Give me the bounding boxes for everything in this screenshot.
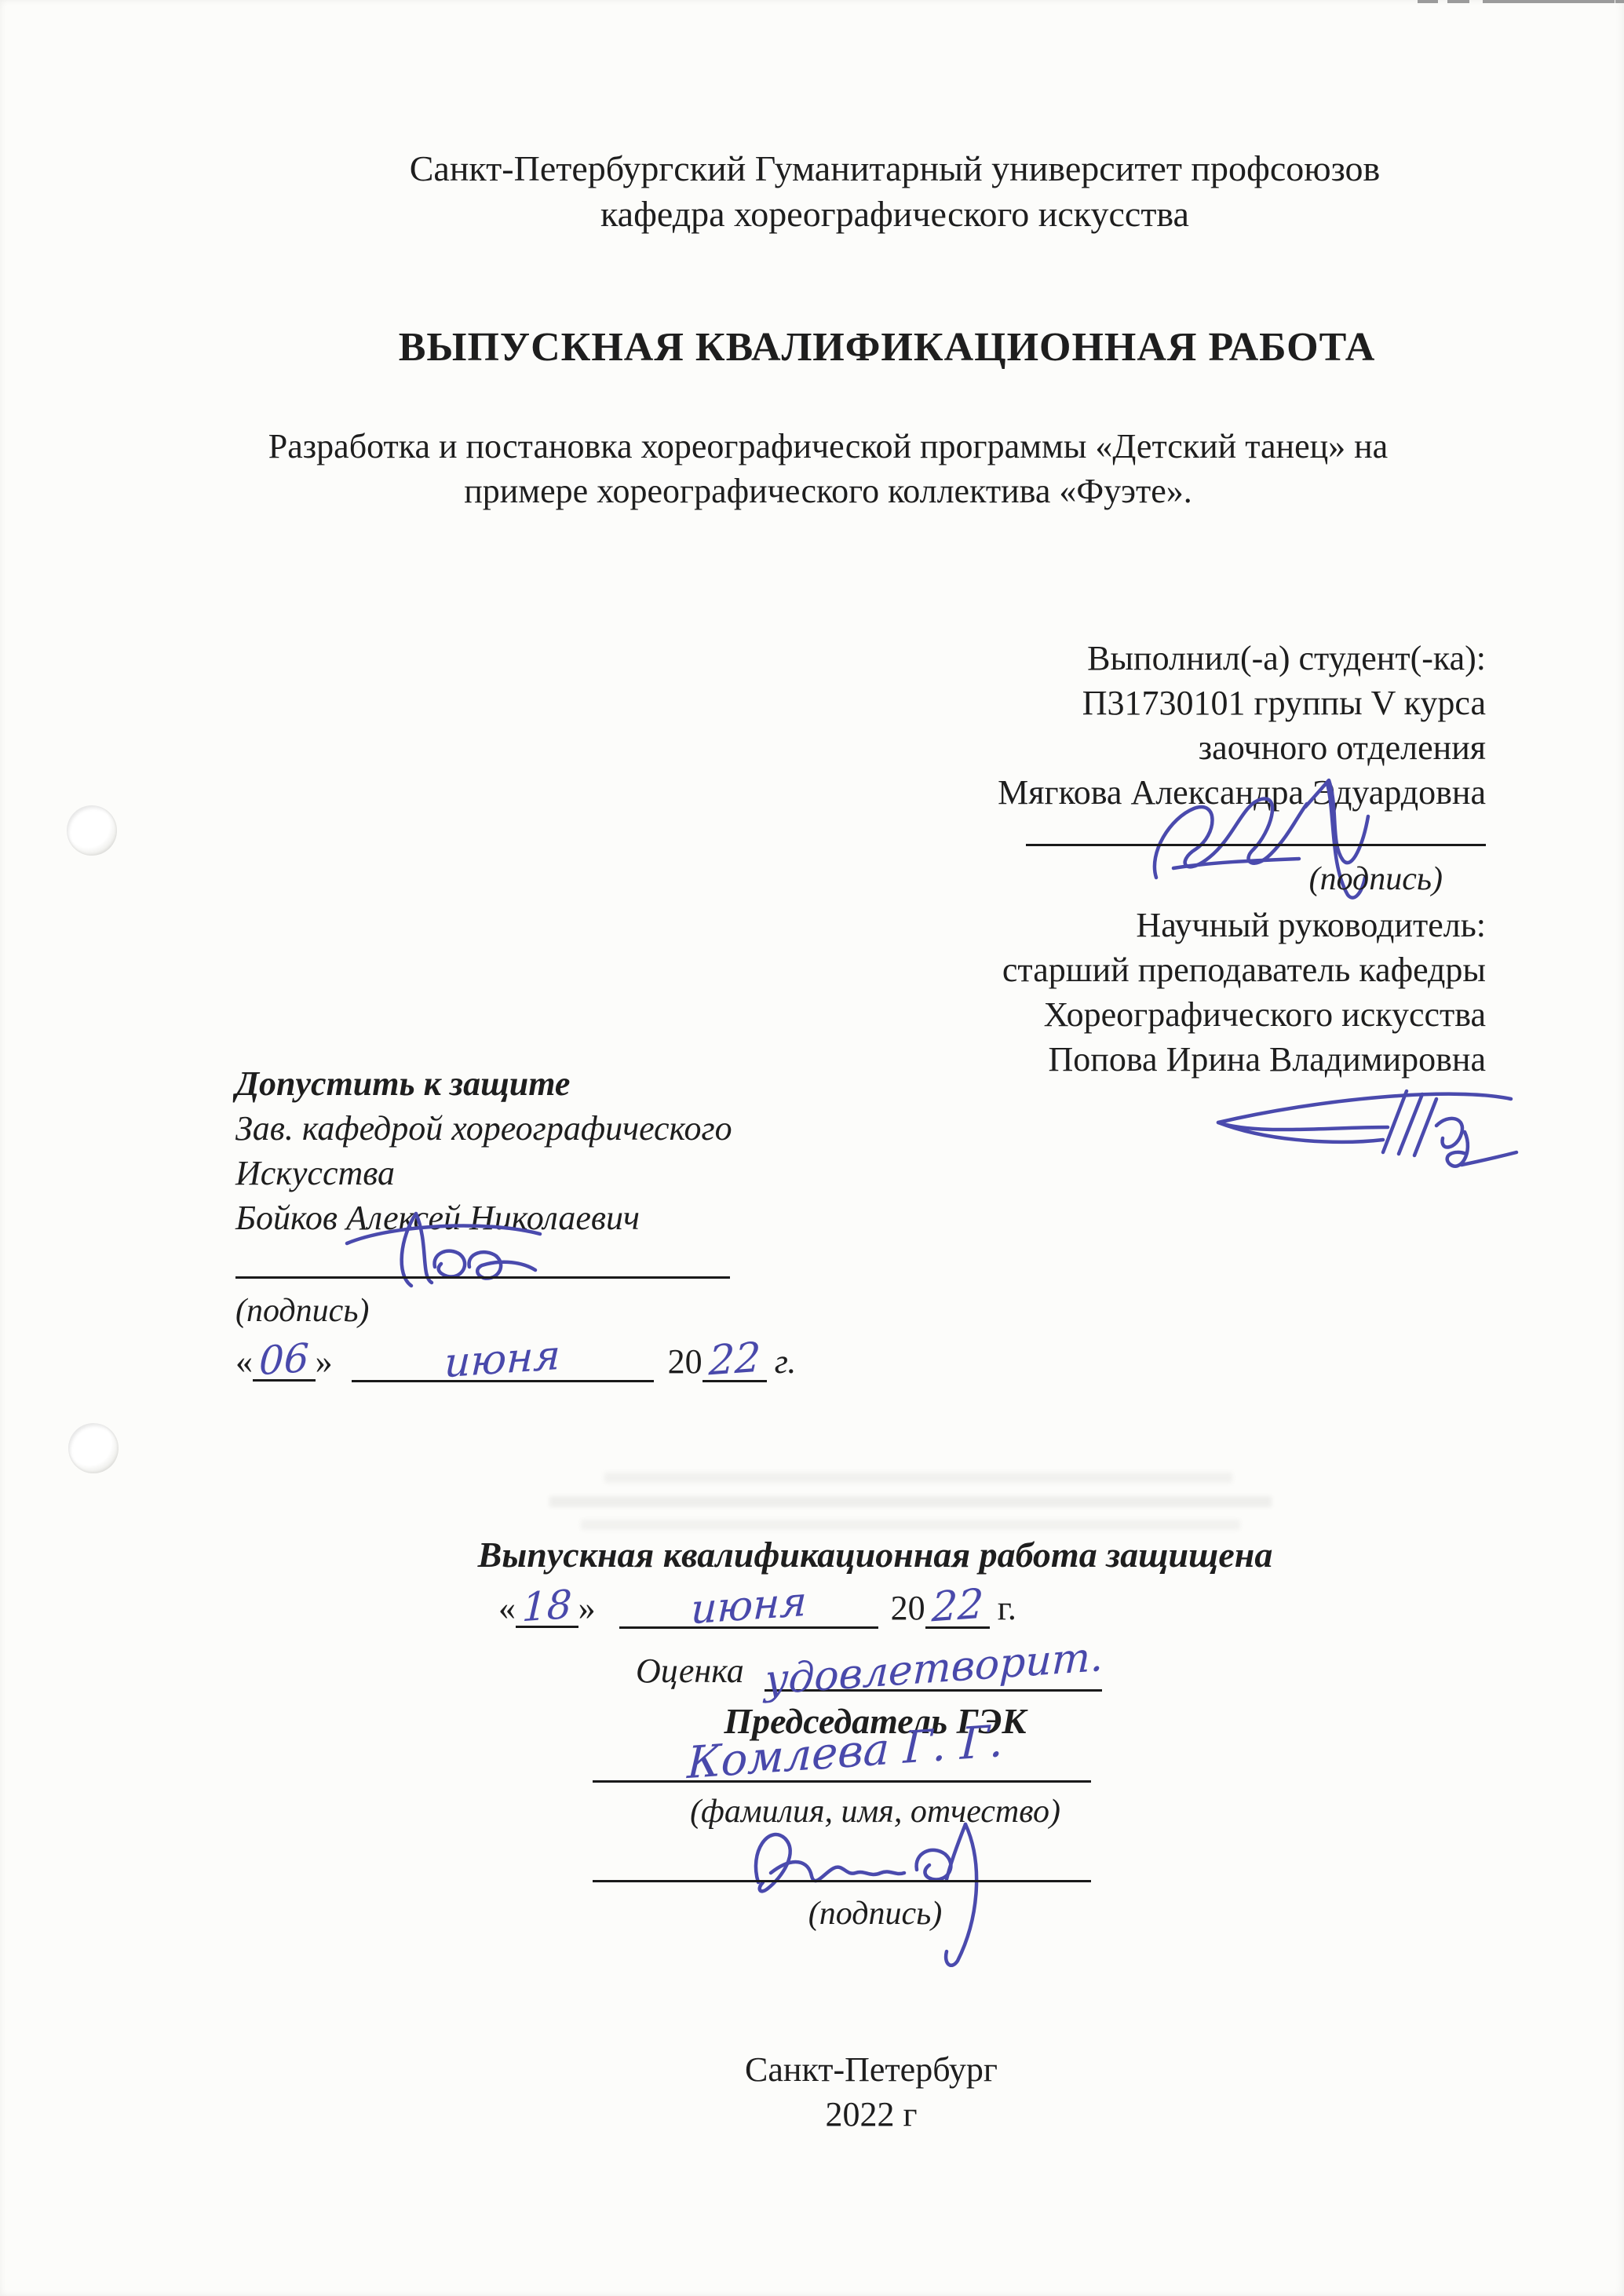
admission-era: г.: [775, 1341, 797, 1382]
student-signature-caption: (подпись): [1129, 859, 1443, 900]
approver-signature-line: [235, 1276, 730, 1279]
defense-year-value: 22: [931, 1584, 984, 1629]
defense-year-prefix: 20: [891, 1588, 925, 1628]
document-type-title: ВЫПУСКНАЯ КВАЛИФИКАЦИОННАЯ РАБОТА: [251, 323, 1523, 372]
chairman-name: Комлева Г. Г.: [686, 1716, 1004, 1789]
advisor-position-line2: Хореографического искусства: [779, 992, 1486, 1037]
student-group-line: П31730101 группы V курса: [779, 681, 1486, 725]
defense-day-value: 18: [521, 1585, 572, 1628]
chairman-signature: [730, 1807, 1044, 1972]
scan-artifact-ghost-text: [604, 1473, 1232, 1483]
admission-heading: Допустить к защите: [235, 1061, 942, 1106]
close-quote: »: [578, 1588, 596, 1628]
admission-year-prefix: 20: [668, 1341, 703, 1382]
student-signature-line: [1026, 844, 1486, 846]
chairman-signature-caption: (подпись): [306, 1893, 1444, 1934]
approver-signature-caption: (подпись): [235, 1290, 369, 1331]
advisor-signature: [1201, 1077, 1523, 1187]
advisor-position-line1: старший преподаватель кафедры: [779, 947, 1486, 992]
scan-artifact-dash: [1615, 0, 1624, 3]
scan-artifact-ghost-text: [581, 1520, 1240, 1530]
scan-artifact-line: [1483, 0, 1615, 3]
header-block: Санкт-Петербургский Гуманитарный универс…: [251, 146, 1538, 237]
admission-year-value: 22: [708, 1338, 761, 1382]
footer-year: 2022 г: [251, 2092, 1491, 2137]
defense-month-value: июня: [690, 1582, 807, 1631]
hole-punch-bottom: [68, 1423, 119, 1473]
admission-month-value: июня: [443, 1335, 560, 1385]
hole-punch-top: [67, 805, 117, 856]
defense-era: г.: [998, 1588, 1016, 1628]
grade-label: Оценка: [636, 1651, 744, 1691]
grade-row: Оценка удовлетворит.: [636, 1648, 1102, 1692]
close-quote: »: [316, 1341, 333, 1382]
scan-artifact-dash: [1418, 0, 1438, 3]
approver-signature: [338, 1203, 549, 1305]
university-name: Санкт-Петербургский Гуманитарный универс…: [251, 146, 1538, 192]
open-quote: «: [498, 1588, 516, 1628]
chairman-signature-line: [593, 1880, 1091, 1882]
chairman-name-line: Комлева Г. Г.: [593, 1727, 1091, 1783]
grade-value: удовлетворит.: [764, 1637, 1104, 1701]
advisor-label: Научный руководитель:: [779, 903, 1486, 947]
open-quote: «: [235, 1341, 253, 1382]
scan-artifact-dash: [1447, 0, 1469, 3]
advisor-block: Научный руководитель: старший преподават…: [779, 903, 1486, 1082]
admission-line1: Зав. кафедрой хореографического: [235, 1106, 942, 1151]
defense-date-row: « 18 » июня 20 22 г.: [498, 1586, 1016, 1629]
department-name: кафедра хореографического искусства: [251, 192, 1538, 237]
footer-block: Санкт-Петербург 2022 г: [251, 2047, 1491, 2137]
scan-artifact-ghost-text: [549, 1496, 1272, 1507]
admission-day-value: 06: [258, 1338, 309, 1382]
footer-city: Санкт-Петербург: [251, 2047, 1491, 2092]
admission-line2: Искусства: [235, 1151, 942, 1195]
scanned-thesis-title-page: Санкт-Петербургский Гуманитарный универс…: [0, 0, 1624, 2296]
admission-date-row: « 06 » июня 20 22 г.: [235, 1339, 796, 1382]
student-department-line: заочного отделения: [779, 725, 1486, 770]
defense-block: Выпускная квалификационная работа защище…: [306, 1532, 1444, 1972]
defense-heading: Выпускная квалификационная работа защище…: [306, 1532, 1444, 1578]
thesis-title: Разработка и постановка хореографической…: [259, 424, 1397, 513]
performed-by-label: Выполнил(-а) студент(-ка):: [779, 636, 1486, 681]
